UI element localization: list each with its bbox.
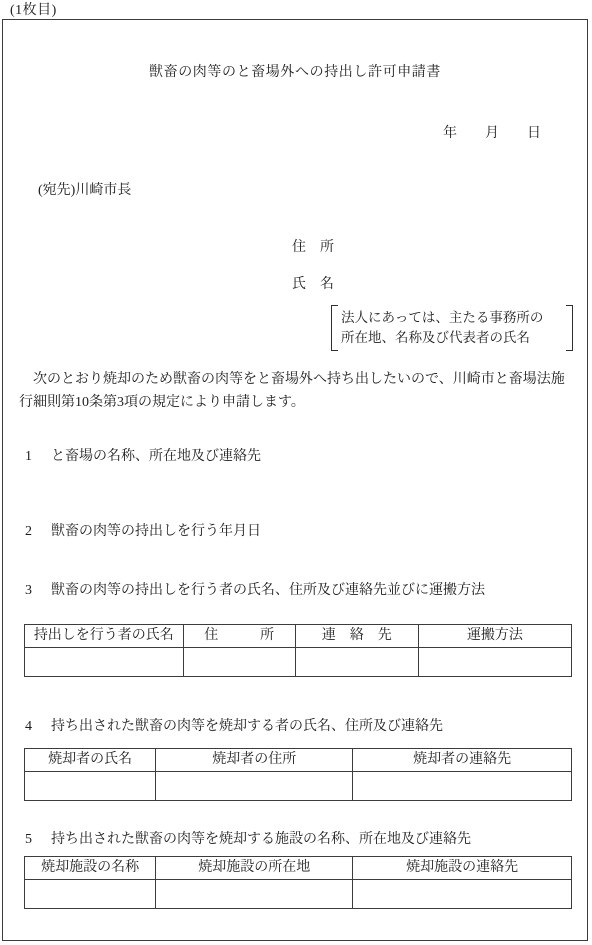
header-transport-method: 運搬方法: [418, 625, 571, 648]
incineration-person-input-row: [25, 772, 572, 801]
cell-incinerator-address: [156, 772, 353, 801]
cell-facility-location: [156, 880, 353, 909]
form-title: 獣畜の肉等のと畜場外への持出し許可申請書: [19, 63, 571, 83]
carry-out-table-input-row: [25, 648, 572, 677]
corporate-note-line2: 所在地、名称及び代表者の氏名: [341, 328, 563, 348]
cell-carrier-contact: [295, 648, 418, 677]
cell-carrier-name: [25, 648, 184, 677]
item-1-slaughterhouse: 1と畜場の名称、所在地及び連絡先: [23, 447, 571, 467]
cell-incinerator-contact: [353, 772, 572, 801]
item-4-number: 4: [23, 717, 51, 737]
cell-facility-name: [25, 880, 156, 909]
incineration-person-header-row: 焼却者の氏名 焼却者の住所 焼却者の連絡先: [25, 749, 572, 772]
item-1-text: と畜場の名称、所在地及び連絡先: [51, 449, 261, 464]
header-facility-name: 焼却施設の名称: [25, 857, 156, 880]
incineration-facility-table: 焼却施設の名称 焼却施設の所在地 焼却施設の連絡先: [24, 856, 572, 909]
date-line: 年 月 日: [19, 124, 571, 144]
form-border-box: 獣畜の肉等のと畜場外への持出し許可申請書 年 月 日 (宛先)川崎市長 住 所 …: [2, 19, 588, 941]
item-2-number: 2: [23, 522, 51, 542]
carry-out-table: 持出しを行う者の氏名 住 所 連 絡 先 運搬方法: [24, 624, 572, 677]
item-3-number: 3: [23, 581, 51, 601]
item-2-carry-out-date: 2獣畜の肉等の持出しを行う年月日: [23, 522, 571, 542]
corporate-note-line1: 法人にあっては、主たる事務所の: [341, 308, 563, 328]
bracket-right: [566, 305, 573, 351]
item-2-text: 獣畜の肉等の持出しを行う年月日: [51, 524, 261, 539]
item-4-incinerator-person: 4持ち出された獣畜の肉等を焼却する者の氏名、住所及び連絡先: [23, 717, 571, 737]
bracket-left: [331, 305, 338, 351]
application-statement: 次のとおり焼却のため獣畜の肉等をと畜場外へ持ち出したいので、川崎市と畜場法施行細…: [19, 368, 575, 414]
carry-out-table-header-row: 持出しを行う者の氏名 住 所 連 絡 先 運搬方法: [25, 625, 572, 648]
item-4-text: 持ち出された獣畜の肉等を焼却する者の氏名、住所及び連絡先: [51, 719, 443, 734]
cell-transport-method: [418, 648, 571, 677]
cell-carrier-address: [183, 648, 295, 677]
header-incinerator-address: 焼却者の住所: [156, 749, 353, 772]
header-carrier-name: 持出しを行う者の氏名: [25, 625, 184, 648]
item-1-number: 1: [23, 447, 51, 467]
header-incinerator-contact: 焼却者の連絡先: [353, 749, 572, 772]
corporate-note: 法人にあっては、主たる事務所の 所在地、名称及び代表者の氏名: [331, 305, 573, 351]
addressee-line: (宛先)川崎市長: [38, 181, 571, 201]
incineration-facility-input-row: [25, 880, 572, 909]
applicant-name-label: 氏 名: [292, 275, 571, 295]
item-3-text: 獣畜の肉等の持出しを行う者の氏名、住所及び連絡先並びに運搬方法: [51, 583, 485, 598]
applicant-address-label: 住 所: [292, 238, 571, 258]
sheet-number-label: (1枚目): [10, 1, 57, 21]
header-carrier-contact: 連 絡 先: [295, 625, 418, 648]
corporate-note-text: 法人にあっては、主たる事務所の 所在地、名称及び代表者の氏名: [338, 305, 566, 351]
item-5-incineration-facility: 5持ち出された獣畜の肉等を焼却する施設の名称、所在地及び連絡先: [23, 830, 571, 850]
header-facility-contact: 焼却施設の連絡先: [353, 857, 572, 880]
cell-incinerator-name: [25, 772, 156, 801]
header-incinerator-name: 焼却者の氏名: [25, 749, 156, 772]
cell-facility-contact: [353, 880, 572, 909]
incineration-person-table: 焼却者の氏名 焼却者の住所 焼却者の連絡先: [24, 748, 572, 801]
item-5-number: 5: [23, 830, 51, 850]
item-3-carrier-info: 3獣畜の肉等の持出しを行う者の氏名、住所及び連絡先並びに運搬方法: [23, 581, 571, 601]
header-facility-location: 焼却施設の所在地: [156, 857, 353, 880]
item-5-text: 持ち出された獣畜の肉等を焼却する施設の名称、所在地及び連絡先: [51, 832, 471, 847]
incineration-facility-header-row: 焼却施設の名称 焼却施設の所在地 焼却施設の連絡先: [25, 857, 572, 880]
header-carrier-address: 住 所: [183, 625, 295, 648]
